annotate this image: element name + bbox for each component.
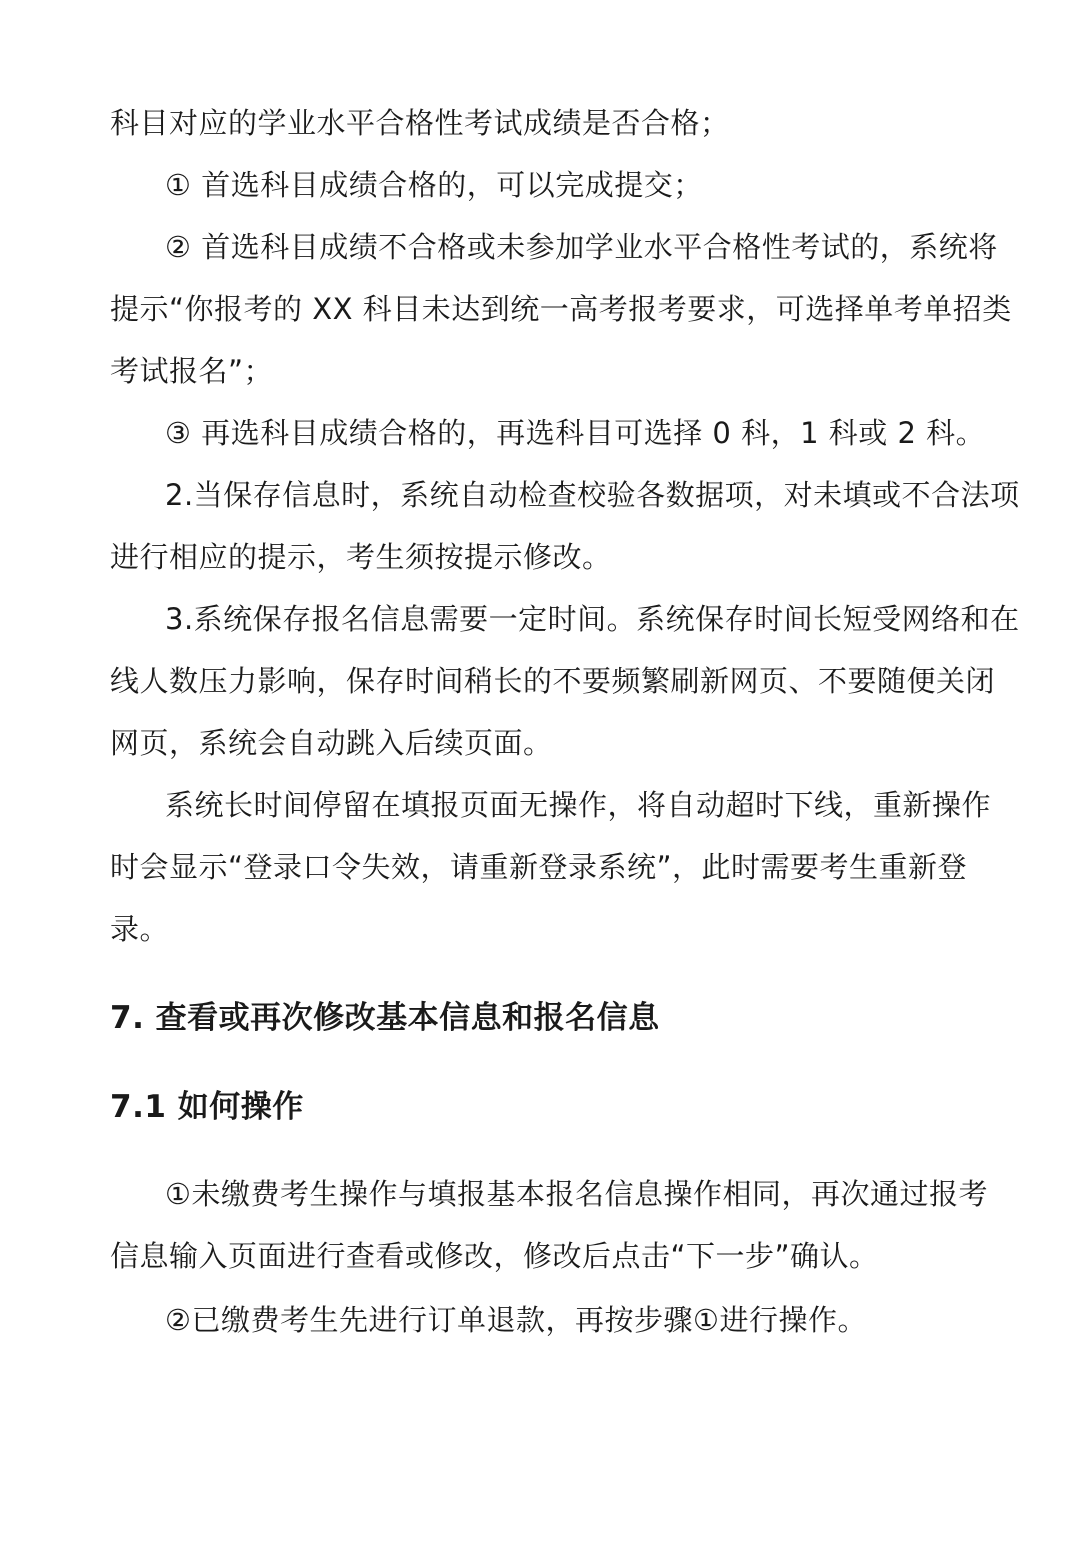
list-item-1: ① 首选科目成绩合格的，可以完成提交； bbox=[165, 165, 960, 205]
paragraph-timeout-cont: 时会显示“登录口令失效，请重新登录系统”，此时需要考生重新登 bbox=[110, 847, 960, 887]
subsection-heading: 7.1 如何操作 bbox=[110, 1087, 960, 1127]
paragraph-3: 3.系统保存报名信息需要一定时间。系统保存时间长短受网络和在 bbox=[165, 599, 960, 639]
list-item-3: ③ 再选科目成绩合格的，再选科目可选择 0 科，1 科或 2 科。 bbox=[165, 413, 960, 453]
step-2: ②已缴费考生先进行订单退款，再按步骤①进行操作。 bbox=[165, 1300, 960, 1340]
paragraph-2-cont: 进行相应的提示，考生须按提示修改。 bbox=[110, 537, 960, 577]
step-1-cont: 信息输入页面进行查看或修改，修改后点击“下一步”确认。 bbox=[110, 1236, 960, 1276]
step-1: ①未缴费考生操作与填报基本报名信息操作相同，再次通过报考 bbox=[165, 1174, 960, 1214]
paragraph-2: 2.当保存信息时，系统自动检查校验各数据项，对未填或不合法项 bbox=[165, 475, 960, 515]
list-item-2-cont: 考试报名”； bbox=[110, 351, 960, 391]
list-item-2-cont: 提示“你报考的 XX 科目未达到统一高考报考要求，可选择单考单招类 bbox=[110, 289, 960, 329]
paragraph-3-cont: 网页，系统会自动跳入后续页面。 bbox=[110, 723, 960, 763]
section-heading: 7. 查看或再次修改基本信息和报名信息 bbox=[110, 998, 960, 1038]
paragraph-line: 科目对应的学业水平合格性考试成绩是否合格； bbox=[110, 103, 960, 143]
list-item-2: ② 首选科目成绩不合格或未参加学业水平合格性考试的，系统将 bbox=[165, 227, 960, 267]
paragraph-timeout: 系统长时间停留在填报页面无操作，将自动超时下线，重新操作 bbox=[165, 785, 960, 825]
paragraph-3-cont: 线人数压力影响，保存时间稍长的不要频繁刷新网页、不要随便关闭 bbox=[110, 661, 960, 701]
paragraph-timeout-cont: 录。 bbox=[110, 909, 960, 949]
